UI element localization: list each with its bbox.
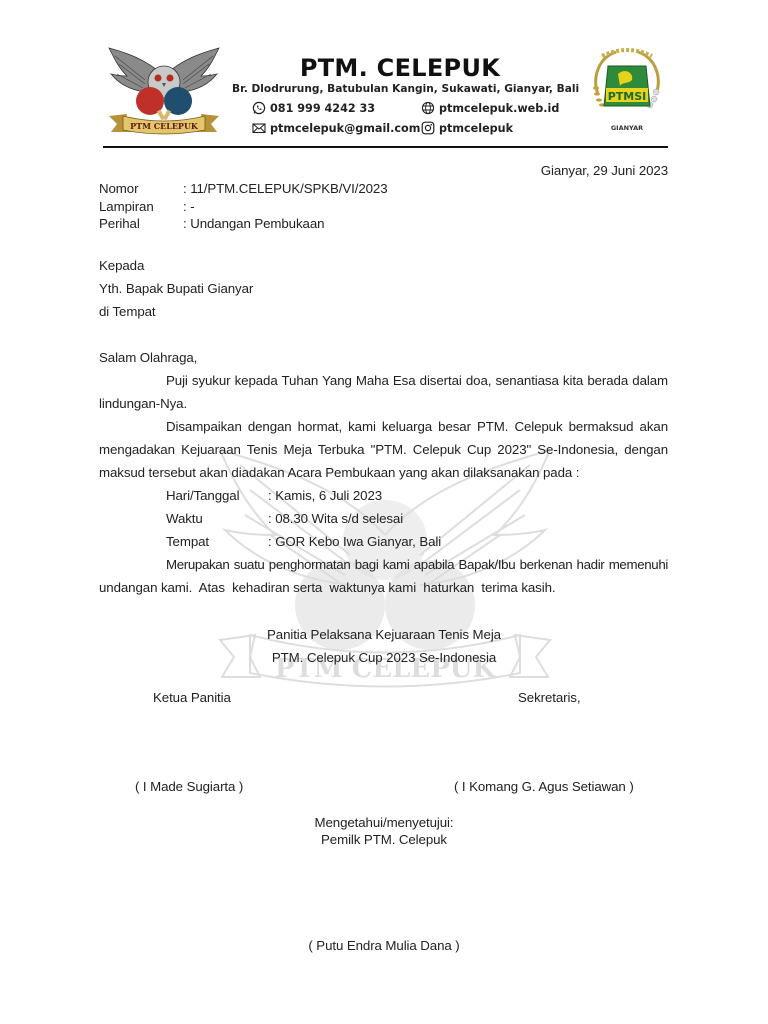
meta-value-perihal: : Undangan Pembukaan — [183, 216, 324, 232]
greeting: Salam Olahraga, — [99, 350, 197, 366]
globe-icon — [421, 101, 435, 115]
owner-name: ( Putu Endra Mulia Dana ) — [234, 938, 534, 954]
organization-address: Br. Dlodrurung, Batubulan Kangin, Sukawa… — [232, 83, 579, 95]
envelope-icon — [252, 121, 266, 135]
meta-label-lampiran: Lampiran — [99, 199, 154, 215]
svg-text:PTMSI: PTMSI — [608, 90, 647, 103]
letterhead-divider — [103, 146, 668, 148]
event-label-time: Waktu — [166, 511, 203, 527]
recipient-line: Kepada — [99, 258, 144, 274]
email-address: ptmcelepuk@gmail.com — [270, 122, 420, 135]
event-label-venue: Tempat — [166, 534, 209, 550]
whatsapp-icon — [252, 101, 266, 115]
secretary-title: Sekretaris, — [518, 690, 580, 706]
chairman-title: Ketua Panitia — [153, 690, 231, 706]
event-label-date: Hari/Tanggal — [166, 488, 239, 504]
svg-text:GIANYAR: GIANYAR — [611, 124, 643, 132]
approval-line-2: Pemilk PTM. Celepuk — [234, 832, 534, 848]
ptmsi-gianyar-logo: PTMSI GIANYAR — [588, 44, 666, 136]
paragraph-3-line-2: undangan kami. Atas kehadiran serta wakt… — [99, 580, 555, 596]
event-value-venue: : GOR Kebo Iwa Gianyar, Bali — [268, 534, 441, 550]
phone-number: 081 999 4242 33 — [270, 102, 375, 115]
secretary-name: ( I Komang G. Agus Setiawan ) — [454, 779, 634, 795]
paragraph-1-line-2: lindungan-Nya. — [99, 396, 187, 412]
organization-name: PTM. CELEPUK — [230, 54, 570, 82]
approval-line-1: Mengetahui/menyetujui: — [234, 815, 534, 831]
paragraph-2-line-2: mengadakan Kejuaraan Tenis Meja Terbuka … — [99, 442, 668, 458]
meta-value-nomor: : 11/PTM.CELEPUK/SPKB/VI/2023 — [183, 181, 388, 197]
paragraph-2-line-3: maksud tersebut akan diadakan Acara Pemb… — [99, 465, 579, 481]
paragraph-3-line-1: Merupakan suatu penghormatan bagi kami a… — [166, 557, 668, 573]
recipient-line: di Tempat — [99, 304, 156, 320]
contact-phone: 081 999 4242 33 — [252, 101, 375, 115]
event-value-time: : 08.30 Wita s/d selesai — [268, 511, 403, 527]
instagram-handle: ptmcelepuk — [439, 122, 513, 135]
meta-value-lampiran: : - — [183, 199, 195, 215]
place-date: Gianyar, 29 Juni 2023 — [541, 163, 668, 179]
contact-email: ptmcelepuk@gmail.com — [252, 121, 420, 135]
contact-website: ptmcelepuk.web.id — [421, 101, 559, 115]
committee-line-2: PTM. Celepuk Cup 2023 Se-Indonesia — [234, 650, 534, 666]
paragraph-1-line-1: Puji syukur kepada Tuhan Yang Maha Esa d… — [166, 373, 668, 389]
website-link: ptmcelepuk.web.id — [439, 102, 559, 115]
meta-label-perihal: Perihal — [99, 216, 140, 232]
instagram-icon — [421, 121, 435, 135]
contact-instagram: ptmcelepuk — [421, 121, 513, 135]
ptm-celepuk-logo: PTM CELEPUK — [105, 46, 223, 138]
committee-line-1: Panitia Pelaksana Kejuaraan Tenis Meja — [234, 627, 534, 643]
chairman-name: ( I Made Sugiarta ) — [135, 779, 243, 795]
svg-text:PTM CELEPUK: PTM CELEPUK — [130, 121, 199, 131]
event-value-date: : Kamis, 6 Juli 2023 — [268, 488, 382, 504]
meta-label-nomor: Nomor — [99, 181, 138, 197]
paragraph-2-line-1: Disampaikan dengan hormat, kami keluarga… — [166, 419, 668, 435]
recipient-line: Yth. Bapak Bupati Gianyar — [99, 281, 253, 297]
